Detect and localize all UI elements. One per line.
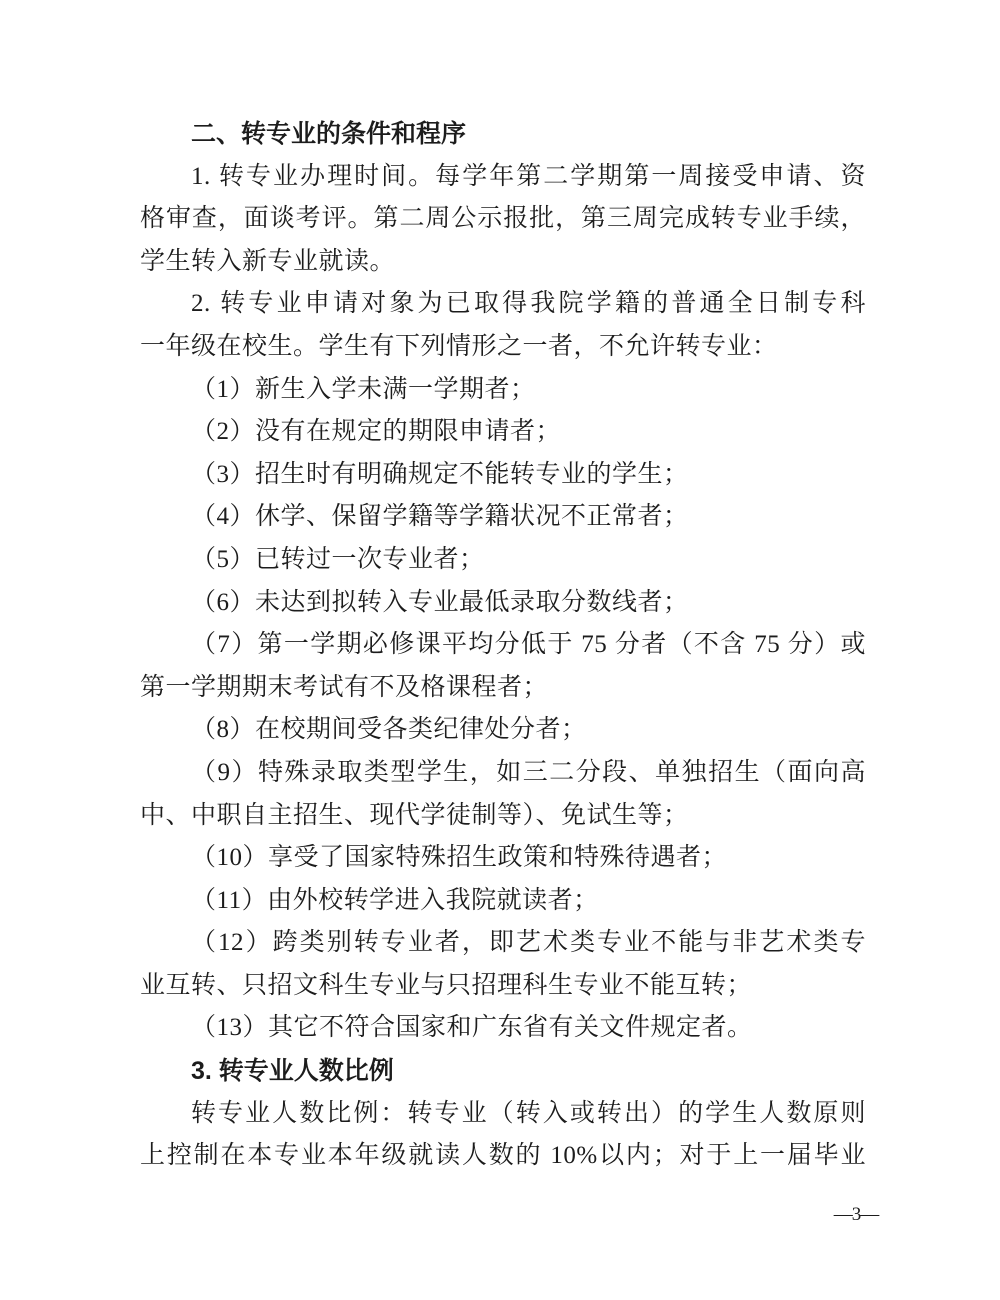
text-line: 学生转入新专业就读。 [140, 241, 866, 284]
text-line: 格审查，面谈考评。第二周公示报批，第三周完成转专业手续， [140, 198, 866, 241]
text-line: 2. 转专业申请对象为已取得我院学籍的普通全日制专科 [140, 283, 866, 326]
text-line: （2）没有在规定的期限申请者； [140, 411, 866, 454]
text-line: （3）招生时有明确规定不能转专业的学生； [140, 454, 866, 497]
text-line: 1. 转专业办理时间。每学年第二学期第一周接受申请、资 [140, 156, 866, 199]
document-body: 二、转专业的条件和程序1. 转专业办理时间。每学年第二学期第一周接受申请、资格审… [140, 113, 866, 1178]
text-line: （7）第一学期必修课平均分低于 75 分者（不含 75 分）或 [140, 624, 866, 667]
section-heading: 二、转专业的条件和程序 [140, 113, 866, 156]
text-line: （5）已转过一次专业者； [140, 539, 866, 582]
text-line: （13）其它不符合国家和广东省有关文件规定者。 [140, 1007, 866, 1050]
text-line: 转专业人数比例：转专业（转入或转出）的学生人数原则 [140, 1093, 866, 1136]
text-line: （8）在校期间受各类纪律处分者； [140, 709, 866, 752]
text-line: 业互转、只招文科生专业与只招理科生专业不能互转； [140, 965, 866, 1008]
text-line: （1）新生入学未满一学期者； [140, 369, 866, 412]
text-line: （11）由外校转学进入我院就读者； [140, 880, 866, 923]
text-line: （6）未达到拟转入专业最低录取分数线者； [140, 582, 866, 625]
document-page: 二、转专业的条件和程序1. 转专业办理时间。每学年第二学期第一周接受申请、资格审… [0, 0, 1000, 1300]
text-line: 中、中职自主招生、现代学徒制等）、免试生等； [140, 795, 866, 838]
page-number: —3— [824, 1204, 888, 1226]
text-line: 一年级在校生。学生有下列情形之一者，不允许转专业： [140, 326, 866, 369]
text-line: （10）享受了国家特殊招生政策和特殊待遇者； [140, 837, 866, 880]
text-line: 上控制在本专业本年级就读人数的 10%以内；对于上一届毕业 [140, 1135, 866, 1178]
text-line: （4）休学、保留学籍等学籍状况不正常者； [140, 496, 866, 539]
text-line: 第一学期期末考试有不及格课程者； [140, 667, 866, 710]
section-heading: 3. 转专业人数比例 [140, 1050, 866, 1093]
text-line: （12）跨类别转专业者，即艺术类专业不能与非艺术类专 [140, 922, 866, 965]
text-line: （9）特殊录取类型学生，如三二分段、单独招生（面向高 [140, 752, 866, 795]
